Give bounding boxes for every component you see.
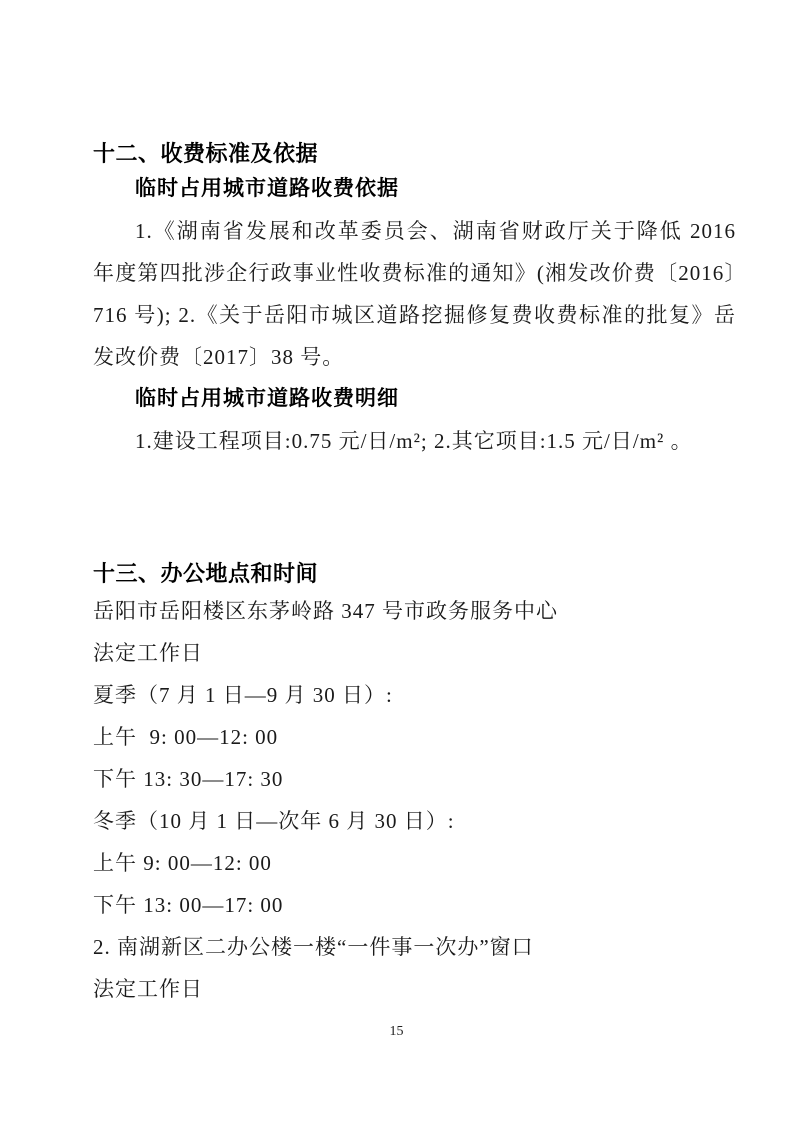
document-content: 十二、收费标准及依据 临时占用城市道路收费依据 1.《湖南省发展和改革委员会、湖… xyxy=(93,140,736,1010)
fee-basis-subheading: 临时占用城市道路收费依据 xyxy=(135,168,736,210)
fee-detail-subheading: 临时占用城市道路收费明细 xyxy=(135,378,736,420)
page-number: 15 xyxy=(0,1024,793,1040)
winter-schedule-line: 冬季（10 月 1 日—次年 6 月 30 日）: xyxy=(93,800,736,842)
second-location-line: 2. 南湖新区二办公楼一楼“一件事一次办”窗口 xyxy=(93,926,736,968)
winter-morning-hours: 上午 9: 00—12: 00 xyxy=(93,842,736,884)
summer-afternoon-hours: 下午 13: 30—17: 30 xyxy=(93,758,736,800)
winter-afternoon-hours: 下午 13: 00—17: 00 xyxy=(93,884,736,926)
section-13-heading: 十三、办公地点和时间 xyxy=(93,560,736,588)
fee-detail-paragraph: 1.建设工程项目:0.75 元/日/m²; 2.其它项目:1.5 元/日/m² … xyxy=(93,420,736,462)
workday-line: 法定工作日 xyxy=(93,632,736,674)
section-12-heading: 十二、收费标准及依据 xyxy=(93,140,736,168)
summer-schedule-line: 夏季（7 月 1 日—9 月 30 日）: xyxy=(93,674,736,716)
office-address-line: 岳阳市岳阳楼区东茅岭路 347 号市政务服务中心 xyxy=(93,590,736,632)
office-info-list: 岳阳市岳阳楼区东茅岭路 347 号市政务服务中心 法定工作日 夏季（7 月 1 … xyxy=(93,590,736,1010)
summer-morning-hours: 上午 9: 00—12: 00 xyxy=(93,716,736,758)
second-workday-line: 法定工作日 xyxy=(93,968,736,1010)
document-page: 十二、收费标准及依据 临时占用城市道路收费依据 1.《湖南省发展和改革委员会、湖… xyxy=(0,0,793,1122)
fee-basis-paragraph: 1.《湖南省发展和改革委员会、湖南省财政厅关于降低 2016 年度第四批涉企行政… xyxy=(93,210,736,378)
